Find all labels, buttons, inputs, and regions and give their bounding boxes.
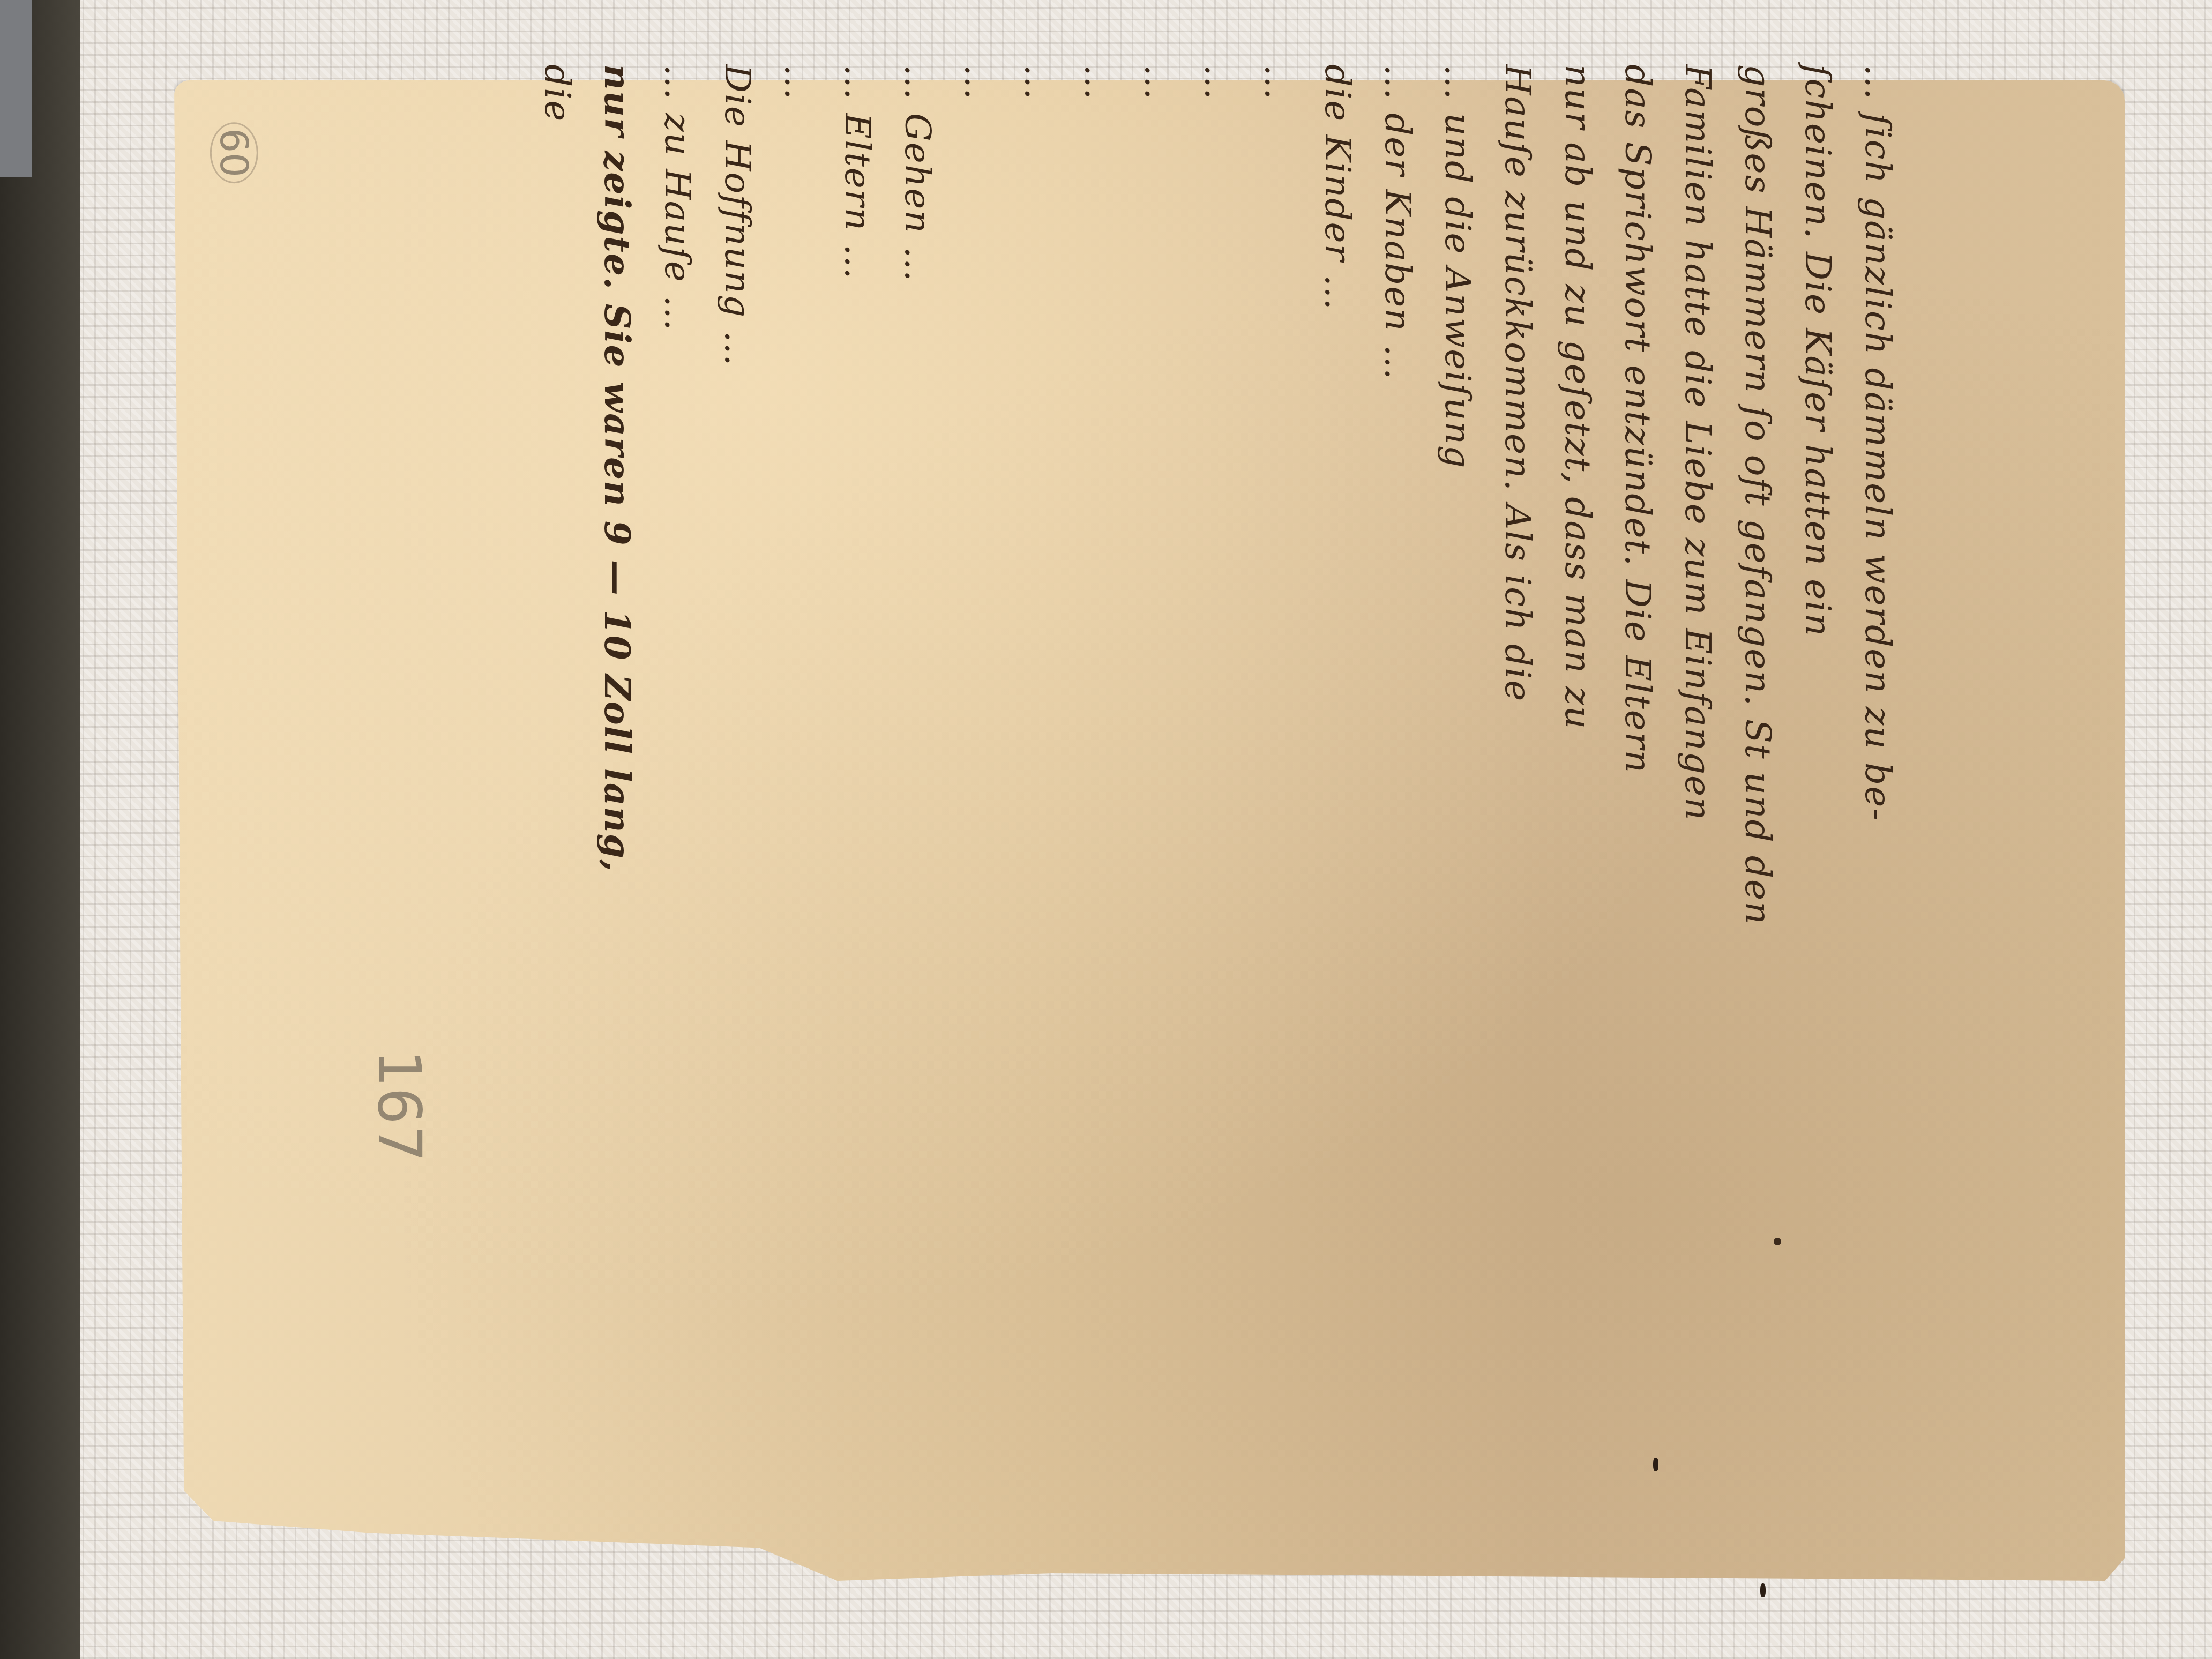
text-line: die bbox=[527, 64, 587, 868]
ink-blot bbox=[1653, 1458, 1658, 1471]
text-line: … Gehen … bbox=[887, 64, 947, 868]
text-line: … bbox=[1007, 64, 1067, 868]
ink-speck bbox=[1774, 1238, 1781, 1245]
text-line: … und die Anweiſung bbox=[1428, 64, 1488, 868]
text-line: nur ab und zu geſetzt, dass man zu bbox=[1548, 64, 1608, 868]
text-line: … Eltern … bbox=[827, 64, 887, 868]
text-line: … bbox=[1127, 64, 1187, 868]
text-line: … bbox=[947, 64, 1007, 868]
text-line: großes Hämmern ſo oft gefangen. St und d… bbox=[1728, 64, 1788, 868]
text-line: … bbox=[1247, 64, 1307, 868]
pencil-page-number: 60 bbox=[210, 122, 258, 183]
text-line: … bbox=[1187, 64, 1247, 868]
dark-surface-strip bbox=[0, 0, 80, 1659]
text-line: Hauſe zurückkommen. Als ich die bbox=[1488, 64, 1548, 868]
text-line: … bbox=[767, 64, 827, 868]
text-line: die Kinder … bbox=[1307, 64, 1367, 868]
pencil-archive-number: 167 bbox=[365, 1050, 434, 1162]
text-line: ſcheinen. Die Käſer hatten ein bbox=[1788, 64, 1848, 868]
ink-blot bbox=[1760, 1583, 1766, 1597]
grey-card-edge bbox=[0, 0, 32, 177]
text-line-numerals: nur zeigte. Sie waren 9 — 10 Zoll lang, bbox=[587, 64, 647, 868]
text-line: … bbox=[1067, 64, 1127, 868]
text-line: … zu Hauſe … bbox=[647, 64, 707, 868]
handwritten-text-block: … ſich gänzlich dämmeln werden zu be- ſc… bbox=[527, 64, 1908, 868]
text-line: … ſich gänzlich dämmeln werden zu be- bbox=[1848, 64, 1908, 868]
text-line: das Sprichwort entzündet. Die Eltern bbox=[1608, 64, 1668, 868]
text-line: Die Hoffnung … bbox=[707, 64, 767, 868]
text-line: Familien hatte die Liebe zum Einfangen bbox=[1668, 64, 1728, 868]
text-line: … der Knaben … bbox=[1367, 64, 1428, 868]
